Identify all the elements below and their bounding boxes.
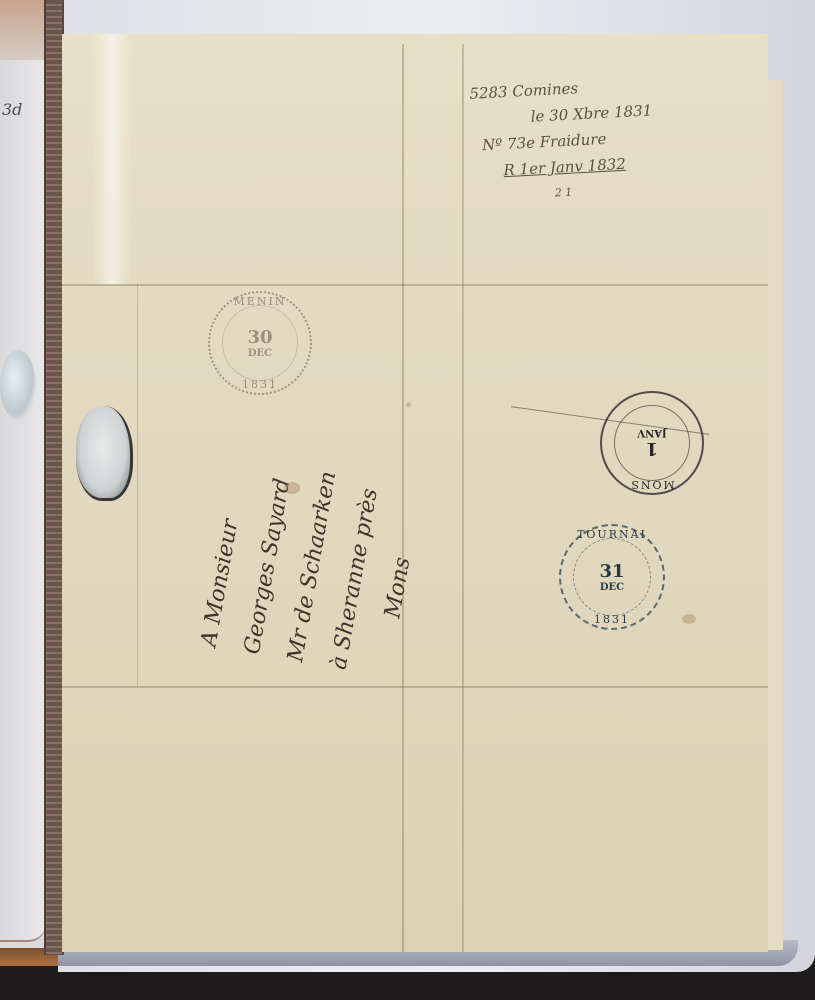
- fold-line-vertical: [462, 44, 464, 952]
- paper-stain: [406, 402, 411, 407]
- fold-line-horizontal: [62, 686, 768, 688]
- postmark-city: MENIN: [234, 295, 287, 308]
- previous-page-seal-mark: [0, 350, 36, 420]
- fold-line-horizontal: [62, 284, 768, 286]
- wax-seal-remnant: [76, 406, 133, 501]
- fold-line-vertical: [137, 284, 138, 686]
- postmark-tournai: TOURNAI 31 DEC 1831: [559, 524, 665, 630]
- postmark-mons: MONS 1 JANV: [600, 391, 704, 495]
- address-panel: A Monsieur Georges Sayard Mr de Schaarke…: [192, 334, 452, 654]
- postmark-city: MONS: [629, 478, 674, 491]
- recipient-address: A Monsieur Georges Sayard Mr de Schaarke…: [188, 347, 457, 681]
- postmark-city: TOURNAI: [577, 528, 647, 541]
- album-spine-stitching: [44, 0, 64, 955]
- previous-page-text-fragment: 3d: [2, 100, 22, 119]
- sleeve-glare: [92, 34, 132, 284]
- paper-stain: [682, 614, 696, 624]
- previous-page-sheet: [0, 60, 46, 942]
- postmark-inner-ring: [614, 405, 690, 481]
- postmark-year: 1831: [594, 613, 630, 626]
- docket-annotation: 5283 Comines le 30 Xbre 1831 Nº 73e Frai…: [469, 67, 735, 210]
- paper-stain: [284, 482, 300, 494]
- folded-letter: 5283 Comines le 30 Xbre 1831 Nº 73e Frai…: [62, 34, 768, 952]
- postmark-inner-ring: [573, 538, 651, 616]
